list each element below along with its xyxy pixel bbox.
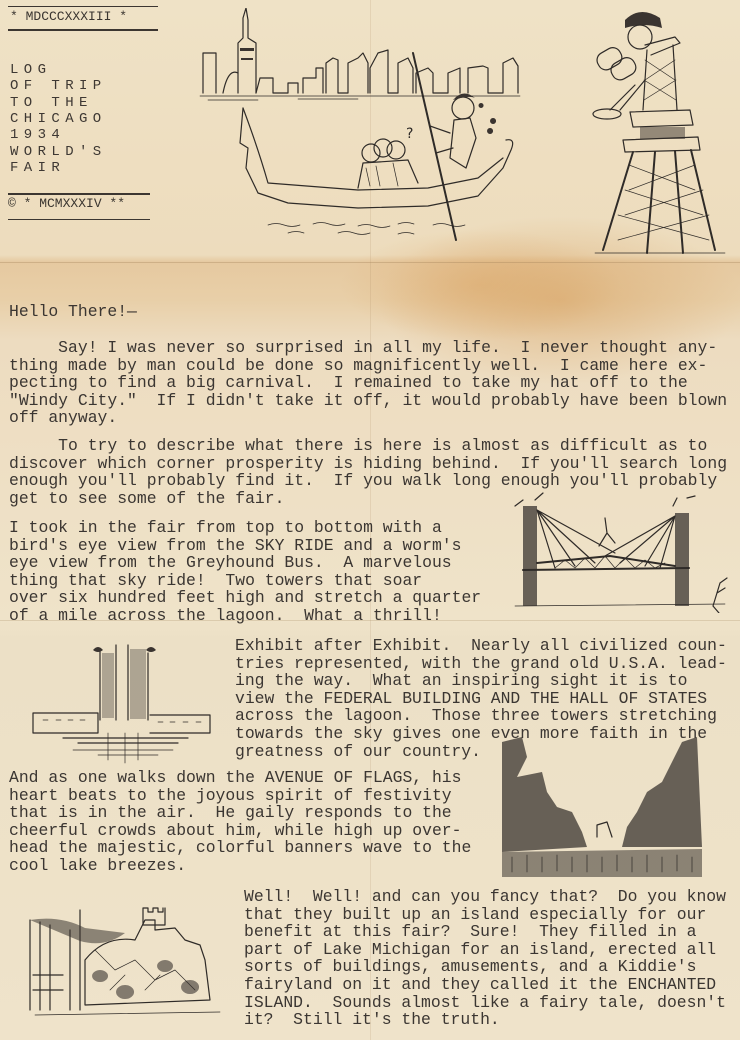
text-line: thing made by man could be done so magni… [9, 357, 727, 375]
paragraph-5-avenue-of-flags: And as one walks down the AVENUE OF FLAG… [9, 769, 471, 875]
text-line: off anyway. [9, 409, 727, 427]
avenue-of-flags-illustration [497, 737, 707, 882]
paragraph-1: Say! I was never so surprised in all my … [9, 339, 727, 427]
text-line: eye view from the Greyhound Bus. A marve… [9, 554, 481, 572]
text-line: To try to describe what there is here is… [9, 437, 727, 455]
text-line: I took in the fair from top to bottom wi… [9, 519, 481, 537]
enchanted-island-illustration [25, 900, 225, 1020]
text-line: "Windy City." If I didn't take it off, i… [9, 392, 727, 410]
rule [8, 219, 150, 220]
text-line: bird's eye view from the SKY RIDE and a … [9, 537, 481, 555]
text-line: sorts of buildings, amusements, and a Ki… [244, 958, 726, 976]
title-line: TO THE [10, 95, 93, 111]
roman-year-top: * MDCCCXXXIII * [10, 10, 127, 24]
text-line: discover which corner prosperity is hidi… [9, 455, 727, 473]
title-line: 1934 [10, 127, 65, 143]
title-line: LOG [10, 62, 51, 78]
text-line: that is in the air. He gaily responds to… [9, 804, 471, 822]
rule [8, 193, 150, 195]
sky-ride-bridge-illustration [495, 488, 740, 613]
text-line: it? Still it's the truth. [244, 1011, 726, 1029]
text-line: ing the way. What an inspiring sight it … [235, 672, 727, 690]
federal-building-illustration [28, 635, 213, 765]
text-line: ISLAND. Sounds almost like a fairy tale,… [244, 994, 726, 1012]
greeting: Hello There!— [9, 303, 137, 321]
text-line: that they built up an island especially … [244, 906, 726, 924]
copyright-line: © * MCMXXXIV ** [8, 197, 125, 211]
svg-text:?: ? [406, 126, 413, 142]
text-line: pecting to find a big carnival. I remain… [9, 374, 727, 392]
text-line: over six hundred feet high and stretch a… [9, 589, 481, 607]
text-line: heart beats to the joyous spirit of fest… [9, 787, 471, 805]
text-line: tries represented, with the grand old U.… [235, 655, 727, 673]
text-line: Say! I was never so surprised in all my … [9, 339, 727, 357]
text-line: head the majestic, colorful banners wave… [9, 839, 471, 857]
text-line: of a mile across the lagoon. What a thri… [9, 607, 481, 625]
paragraph-6-enchanted-island: Well! Well! and can you fancy that? Do y… [244, 888, 726, 1029]
rule [8, 29, 158, 31]
text-line: view the FEDERAL BUILDING AND THE HALL O… [235, 690, 727, 708]
title-line: CHICAGO [10, 111, 107, 127]
text-line: part of Lake Michigan for an island, ere… [244, 941, 726, 959]
text-line: fairyland on it and they called it the E… [244, 976, 726, 994]
tower-binoculars-illustration [585, 5, 740, 265]
skyline-gondola-illustration: ? [198, 8, 523, 243]
text-line: across the lagoon. Those three towers st… [235, 707, 727, 725]
rule [8, 6, 158, 7]
text-line: Well! Well! and can you fancy that? Do y… [244, 888, 726, 906]
title-line: WORLD'S [10, 144, 107, 160]
title-line: OF TRIP [10, 78, 107, 94]
paragraph-3-sky-ride: I took in the fair from top to bottom wi… [9, 519, 481, 625]
text-line: benefit at this fair? Sure! They filled … [244, 923, 726, 941]
title-line: FAIR [10, 160, 65, 176]
text-line: cool lake breezes. [9, 857, 471, 875]
text-line: thing that sky ride! Two towers that soa… [9, 572, 481, 590]
text-line: cheerful crowds about him, while high up… [9, 822, 471, 840]
text-line: Exhibit after Exhibit. Nearly all civili… [235, 637, 727, 655]
text-line: And as one walks down the AVENUE OF FLAG… [9, 769, 471, 787]
